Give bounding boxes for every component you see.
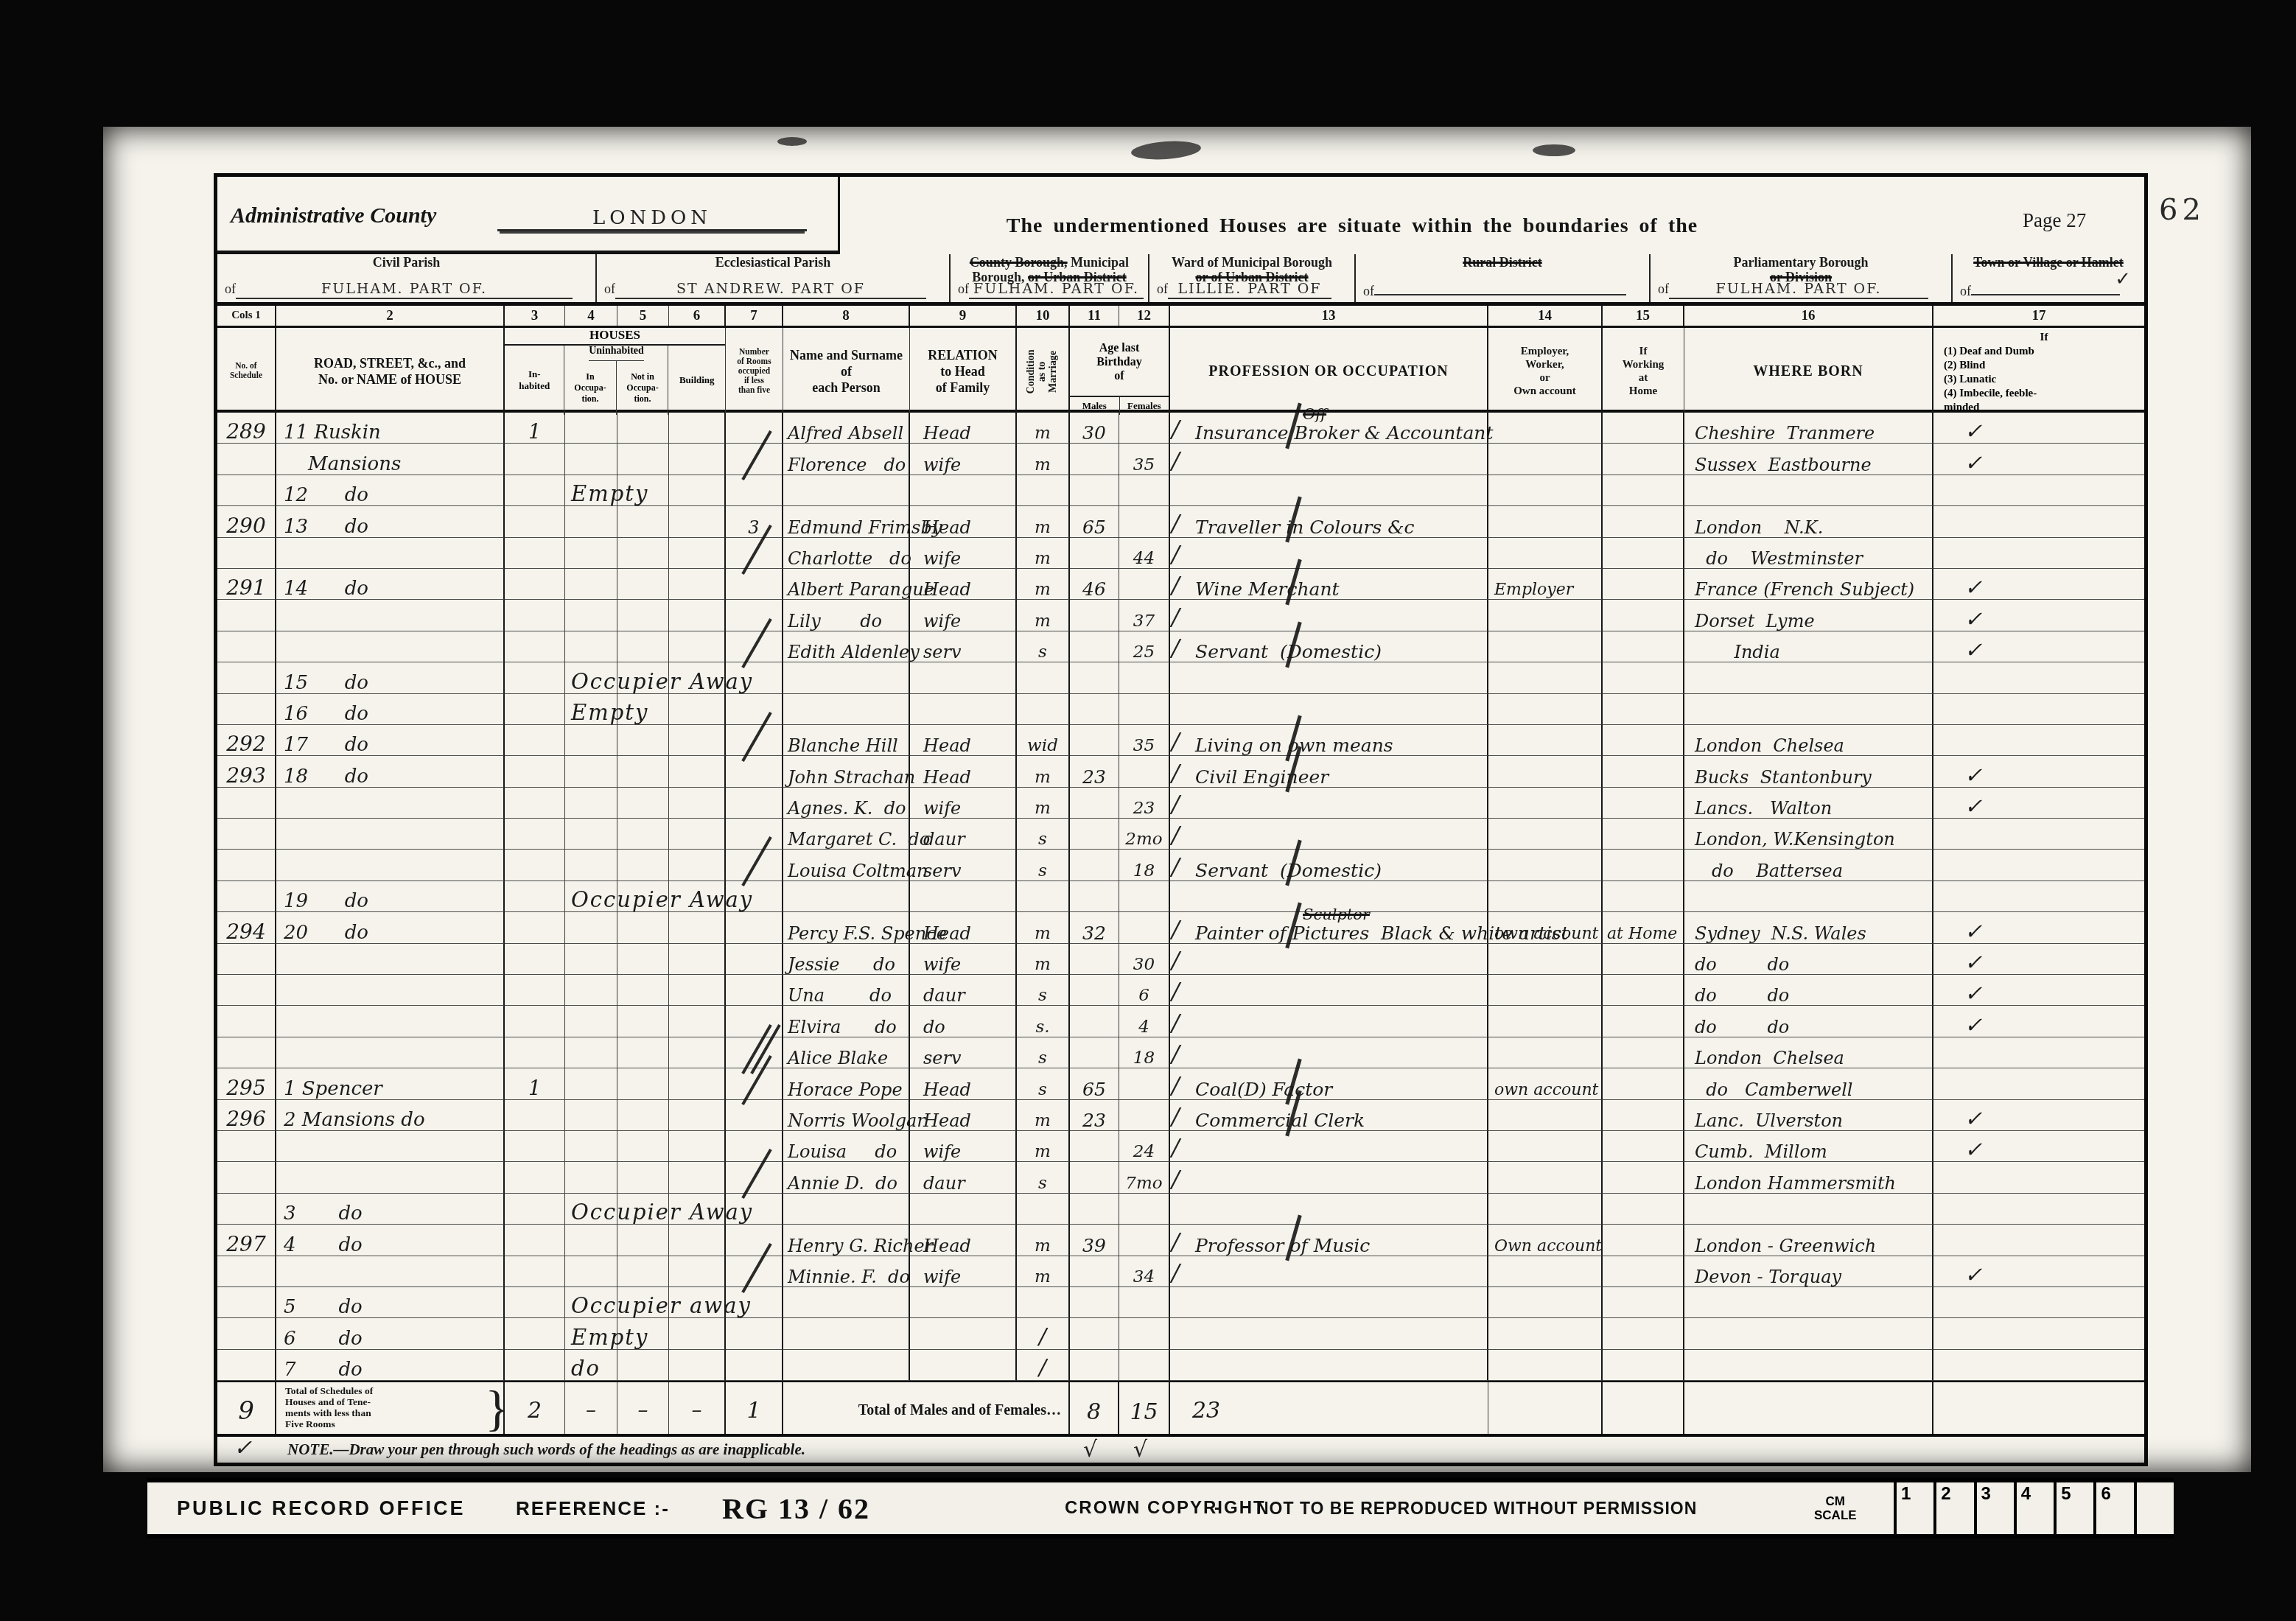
column-number-14: 14 <box>1488 306 1603 326</box>
parish-of-line: of <box>1363 284 1640 299</box>
reference-number: RG 13 / 62 <box>722 1491 870 1526</box>
document-paper: 62 Administrative County London The unde… <box>103 127 2251 1472</box>
uninhabited-note: Occupier Away <box>565 662 617 693</box>
uninhabited-not-occ <box>617 1006 669 1037</box>
occupation-value: Painter of Pictures Black & white artist <box>1195 924 1569 942</box>
uninhabited-not-occ <box>617 1037 669 1068</box>
inhabited-mark: 1 <box>505 413 565 444</box>
table-row-15: Louisa Coltmanservs18/Servant (Domestic)… <box>217 850 2144 880</box>
address <box>276 1006 505 1037</box>
uninhabited-note <box>565 506 617 537</box>
rooms-count <box>726 413 783 444</box>
marital-condition: s <box>1017 1037 1070 1068</box>
of-word: of <box>1363 284 1374 298</box>
column-header-band: No. of ScheduleROAD, STREET, &c., and No… <box>217 328 2144 413</box>
age-female: 34 <box>1119 1256 1170 1287</box>
person-name-value: Albert Parangue <box>788 581 934 598</box>
header-profession: PROFESSION OR OCCUPATION <box>1170 328 1488 415</box>
occupation-correction: Off <box>1303 405 1326 423</box>
infirmity-check: ✓ <box>1933 975 2144 1006</box>
infirmity-check <box>1933 1162 2144 1193</box>
page-title: The undermentioned Houses are situate wi… <box>873 214 1831 238</box>
address-value: 6 do <box>284 1329 363 1348</box>
marital-condition-value: m <box>1017 1269 1068 1286</box>
working-at-home <box>1603 1131 1684 1162</box>
table-row-16: 19 doOccupier Away <box>217 881 2144 912</box>
of-word: of <box>1960 284 1971 298</box>
uninhabited-not-occ <box>617 944 669 975</box>
birthplace-value: France (French Subject) <box>1695 581 1914 598</box>
uninhabited-note-value: Empty <box>571 702 648 724</box>
infirmity-check: ✓ <box>1933 1006 2144 1037</box>
marital-condition <box>1017 662 1070 693</box>
marital-condition: m <box>1017 538 1070 569</box>
employer-status <box>1488 788 1603 819</box>
person-name-value: Blanche Hill <box>788 737 898 755</box>
parish-of-line: ofLillie. Part of <box>1157 281 1345 299</box>
schedule-number <box>217 1131 276 1162</box>
relation: wife <box>910 944 1017 975</box>
birthplace: do do <box>1684 944 1933 975</box>
relation-value: wife <box>923 456 961 474</box>
infirmity-check: ✓ <box>1933 444 2144 475</box>
parish-label-line: Town or Village or Hamlet <box>1953 255 2144 270</box>
uninhabited-not-occ <box>617 444 669 475</box>
age-female-value: 18 <box>1119 863 1169 880</box>
age-male <box>1070 662 1119 693</box>
uninhabited-note-value: Occupier Away <box>571 1202 753 1223</box>
occupation <box>1170 1350 1488 1381</box>
address-value: 5 do <box>284 1298 363 1317</box>
parish-label-line: County Borough, Municipal <box>951 255 1148 270</box>
uninhabited-not-occ <box>617 1162 669 1193</box>
infirmity-check-value: ✓ <box>1964 640 1982 661</box>
age-female-value: 24 <box>1119 1144 1169 1160</box>
relation <box>910 475 1017 506</box>
parish-label: Civil Parish <box>217 255 595 270</box>
age-female-value: 18 <box>1119 1050 1169 1067</box>
inhabited-mark <box>505 694 565 725</box>
building-mark <box>669 1100 726 1131</box>
uninhabited-note <box>565 1037 617 1068</box>
marital-condition-value: wid <box>1017 738 1068 755</box>
employer-status <box>1488 600 1603 631</box>
age-male <box>1070 1194 1119 1225</box>
building-mark <box>669 1037 726 1068</box>
age-female: 6 <box>1119 975 1170 1006</box>
header-age-group: Age last Birthday ofMalesFemales <box>1070 328 1170 415</box>
person-name: Charlotte do <box>783 538 910 569</box>
occupation-value: Professor of Music <box>1195 1236 1370 1255</box>
schedule-number: 290 <box>217 506 276 537</box>
parish-label-text: Ward of Municipal Borough <box>1172 255 1332 270</box>
marital-condition-value: s <box>1017 987 1068 1004</box>
marital-condition-value: m <box>1017 769 1068 786</box>
totals-age-female: 15 <box>1119 1382 1170 1434</box>
relation-value: Head <box>923 1081 971 1099</box>
employer-status <box>1488 850 1603 880</box>
marital-condition <box>1017 694 1070 725</box>
infirmity-check: ✓ <box>1933 569 2144 600</box>
relation: Head <box>910 1100 1017 1131</box>
birthplace: do Westminster <box>1684 538 1933 569</box>
occupation: / <box>1170 1131 1488 1162</box>
occupation-value: Servant (Domestic) <box>1195 861 1382 880</box>
rooms-count <box>726 1225 783 1256</box>
address <box>276 1256 505 1287</box>
of-word: of <box>604 281 615 296</box>
address <box>276 975 505 1006</box>
birthplace-value: London - Greenwich <box>1695 1237 1876 1255</box>
age-male <box>1070 444 1119 475</box>
marital-condition-value: m <box>1017 550 1068 567</box>
pen-tick: / <box>1172 821 1180 849</box>
inhabited-mark <box>505 1225 565 1256</box>
address-value: 11 Ruskin <box>284 423 381 442</box>
birthplace-value: London, W.Kensington <box>1695 830 1895 848</box>
person-name: Norris Woolgar <box>783 1100 910 1131</box>
infirmity-check <box>1933 506 2144 537</box>
age-female-value: 2mo <box>1119 831 1169 848</box>
parish-label-line: Civil Parish <box>217 255 595 270</box>
infirmity-check-value: ✓ <box>1964 1108 1982 1130</box>
relation-value: Head <box>923 769 971 786</box>
address: 14 do <box>276 569 505 600</box>
schedule-number: 292 <box>217 725 276 756</box>
schedule-number <box>217 662 276 693</box>
age-female: 35 <box>1119 444 1170 475</box>
age-female-value: 25 <box>1119 644 1169 661</box>
working-at-home <box>1603 506 1684 537</box>
totals-occupation: 23 <box>1170 1382 1488 1434</box>
marital-condition: m <box>1017 1100 1070 1131</box>
person-name-value: John Strachan <box>788 769 915 786</box>
schedule-number <box>217 475 276 506</box>
rooms-count <box>726 819 783 850</box>
age-male <box>1070 944 1119 975</box>
employer-status <box>1488 475 1603 506</box>
birthplace: do do <box>1684 1006 1933 1037</box>
uninhabited-not-occ <box>617 788 669 819</box>
scan-smudge <box>777 137 807 146</box>
age-male-value: 23 <box>1070 768 1119 786</box>
person-name: Lily do <box>783 600 910 631</box>
address-value: 17 do <box>284 735 368 755</box>
working-at-home <box>1603 600 1684 631</box>
relation: Head <box>910 725 1017 756</box>
rooms-count <box>726 912 783 943</box>
inhabited-mark-value: 1 <box>505 422 564 442</box>
person-name: Una do <box>783 975 910 1006</box>
inhabited-mark <box>505 600 565 631</box>
address <box>276 1131 505 1162</box>
infirmity-check: ✓ <box>1933 631 2144 662</box>
birthplace <box>1684 1318 1933 1349</box>
parish-label-text: County Borough, <box>970 255 1068 270</box>
relation: wife <box>910 538 1017 569</box>
rooms-count <box>726 944 783 975</box>
parish-value: Fulham. Part of. <box>969 281 1144 299</box>
working-at-home <box>1603 1162 1684 1193</box>
birthplace-value: Cheshire Tranmere <box>1695 424 1875 442</box>
totals-value: – <box>669 1400 724 1421</box>
person-name: Edith Aldenley <box>783 631 910 662</box>
age-male <box>1070 538 1119 569</box>
birthplace <box>1684 662 1933 693</box>
marital-condition: s <box>1017 850 1070 880</box>
uninhabited-not-occ <box>617 725 669 756</box>
inhabited-mark <box>505 725 565 756</box>
marital-condition-value: s <box>1017 863 1068 880</box>
person-name-value: Louisa do <box>788 1143 897 1160</box>
marital-condition: s <box>1017 1068 1070 1099</box>
column-number-band: Cols 1234567891011121314151617 <box>217 306 2144 328</box>
marital-condition-value: m <box>1017 800 1068 817</box>
age-male <box>1070 788 1119 819</box>
relation-value: do <box>923 1018 945 1036</box>
pen-tick: / <box>1172 415 1180 443</box>
building-mark <box>669 1318 726 1349</box>
relation: serv <box>910 1037 1017 1068</box>
birthplace: Sydney N.S. Wales <box>1684 912 1933 943</box>
inhabited-mark <box>505 819 565 850</box>
address: 2 Mansions do <box>276 1100 505 1131</box>
marital-condition-value: m <box>1017 1144 1068 1160</box>
birthplace-value: London N.K. <box>1695 519 1823 536</box>
person-name-value: Alice Blake <box>788 1049 888 1067</box>
schedule-number <box>217 788 276 819</box>
person-name: Percy F.S. Spence <box>783 912 910 943</box>
parish-label: County Borough, MunicipalBorough, or Urb… <box>951 255 1148 284</box>
address-value: 7 do <box>284 1360 363 1379</box>
birthplace: Sussex Eastbourne <box>1684 444 1933 475</box>
working-at-home <box>1603 944 1684 975</box>
person-name: Annie D. do <box>783 1162 910 1193</box>
schedule-number-value: 297 <box>217 1234 275 1255</box>
uninhabited-note-value: Occupier Away <box>571 671 753 693</box>
scale-box-6: 6 <box>2093 1482 2133 1534</box>
schedule-number-value: 291 <box>217 578 275 598</box>
age-female <box>1119 881 1170 912</box>
relation <box>910 1318 1017 1349</box>
parish-value <box>1374 293 1626 295</box>
uninhabited-not-occ <box>617 975 669 1006</box>
occupation: / <box>1170 1256 1488 1287</box>
relation-value: wife <box>923 956 961 973</box>
employer-status <box>1488 975 1603 1006</box>
birthplace: Cheshire Tranmere <box>1684 413 1933 444</box>
inhabited-mark <box>505 631 565 662</box>
address <box>276 944 505 975</box>
employer-status <box>1488 1100 1603 1131</box>
occupation: /Servant (Domestic) <box>1170 631 1488 662</box>
infirmity-check <box>1933 725 2144 756</box>
birthplace-value: London Hammersmith <box>1695 1174 1896 1192</box>
schedule-number-value: 296 <box>217 1109 275 1130</box>
relation: Head <box>910 756 1017 787</box>
address: 11 Ruskin <box>276 413 505 444</box>
address-value: 12 do <box>284 486 368 505</box>
scale-number: 2 <box>1941 1484 1950 1505</box>
birthplace-value: London Chelsea <box>1695 1049 1844 1067</box>
relation-value: wife <box>923 612 961 630</box>
parish-header-band: Civil ParishofFulham. Part of.Ecclesiast… <box>217 254 2144 306</box>
schedule-number <box>217 694 276 725</box>
person-name-value: Norris Woolgar <box>788 1112 925 1130</box>
schedule-number <box>217 1256 276 1287</box>
employer-status <box>1488 1162 1603 1193</box>
header-in-occupation: In Occupa- tion. <box>564 361 617 415</box>
address <box>276 631 505 662</box>
header-infirmity: If(1) Deaf and Dumb (2) Blind (3) Lunati… <box>1933 328 2144 415</box>
parish-of-line: ofFulham. Part of. <box>225 281 587 299</box>
relation-value: serv <box>923 643 962 661</box>
occupation: /Living on own means <box>1170 725 1488 756</box>
occupation: /Professor of Music <box>1170 1225 1488 1256</box>
age-male-value: 30 <box>1070 424 1119 442</box>
relation: wife <box>910 788 1017 819</box>
occupation: / <box>1170 788 1488 819</box>
person-name-value: Horace Pope <box>788 1081 903 1099</box>
table-row-2: MansionsFlorence dowifem35/Sussex Eastbo… <box>217 444 2144 475</box>
column-number-2: 2 <box>276 306 505 326</box>
occupation-value: Commercial Clerk <box>1195 1111 1365 1130</box>
employer-status <box>1488 413 1603 444</box>
uninhabited-not-occ <box>617 1100 669 1131</box>
uninhabited-note: do <box>565 1350 617 1381</box>
uninhabited-note <box>565 975 617 1006</box>
birthplace-value: London Chelsea <box>1695 737 1844 755</box>
age-female: 25 <box>1119 631 1170 662</box>
employer-status <box>1488 1037 1603 1068</box>
parish-section-3: Ward of Municipal Boroughor of Urban Dis… <box>1149 254 1356 302</box>
parish-label-text: Parliamentary Borough <box>1733 255 1868 270</box>
inhabited-mark <box>505 1194 565 1225</box>
uninhabited-not-occ <box>617 506 669 537</box>
occupation-value: Civil Engineer <box>1195 768 1329 786</box>
relation <box>910 1287 1017 1318</box>
rooms-count <box>726 1350 783 1381</box>
table-row-28: Minnie. F. dowifem34/Devon - Torquay✓ <box>217 1256 2144 1287</box>
address-value: 4 do <box>284 1236 363 1255</box>
age-female-value: 4 <box>1119 1019 1169 1036</box>
occupation: / <box>1170 600 1488 631</box>
rooms-count <box>726 1256 783 1287</box>
schedule-number <box>217 538 276 569</box>
infirmity-check <box>1933 850 2144 880</box>
marital-condition: m <box>1017 413 1070 444</box>
column-number-9: 9 <box>910 306 1017 326</box>
parish-value: Fulham. Part of. <box>236 281 573 299</box>
person-name: Edmund Frimsby <box>783 506 910 537</box>
inhabited-mark <box>505 1287 565 1318</box>
building-mark <box>669 694 726 725</box>
address-value: 19 do <box>284 892 368 911</box>
uninhabited-note <box>565 1100 617 1131</box>
address-value: 18 do <box>284 767 368 786</box>
rooms-count <box>726 725 783 756</box>
person-name-value: Agnes. K. do <box>788 799 906 817</box>
working-at-home <box>1603 819 1684 850</box>
rooms-count <box>726 538 783 569</box>
schedule-number-value: 289 <box>217 421 275 442</box>
infirmity-check-value: ✓ <box>1964 983 1982 1004</box>
rooms-count <box>726 569 783 600</box>
column-number-13: 13 <box>1170 306 1488 326</box>
scale-box-4: 4 <box>2014 1482 2054 1534</box>
footnote-text: NOTE.—Draw your pen through such words o… <box>287 1440 805 1459</box>
age-female: 2mo <box>1119 819 1170 850</box>
building-mark <box>669 506 726 537</box>
parish-section-5: Parliamentary Boroughor DivisionofFulham… <box>1651 254 1953 302</box>
table-row-6: 29114 doAlbert ParangueHeadm46/Wine Merc… <box>217 569 2144 600</box>
rooms-count-value: 3 <box>726 519 782 536</box>
working-at-home-value: at Home <box>1607 926 1677 942</box>
header-not-in-occupation: Not in Occupa- tion. <box>617 361 668 415</box>
address-value: 14 do <box>284 579 368 598</box>
relation-value: wife <box>923 550 961 567</box>
working-at-home <box>1603 444 1684 475</box>
working-at-home <box>1603 631 1684 662</box>
building-mark <box>669 1350 726 1381</box>
uninhabited-note: Occupier away <box>565 1287 617 1318</box>
schedule-number <box>217 1037 276 1068</box>
scale-number: 3 <box>1981 1484 1991 1505</box>
age-male <box>1070 1162 1119 1193</box>
inhabited-mark <box>505 1256 565 1287</box>
infirmity-check <box>1933 1318 2144 1349</box>
table-row-30: 6 doEmpty/ <box>217 1318 2144 1349</box>
building-mark <box>669 819 726 850</box>
header-schedule: No. of Schedule <box>217 328 276 415</box>
relation <box>910 694 1017 725</box>
marital-condition <box>1017 1287 1070 1318</box>
person-name: Alfred Absell <box>783 413 910 444</box>
parish-section-4: Rural Districtof <box>1356 254 1651 302</box>
pen-tick: / <box>1172 540 1180 568</box>
rooms-count <box>726 850 783 880</box>
marital-condition: s <box>1017 631 1070 662</box>
relation: serv <box>910 631 1017 662</box>
table-row-31: 7 dodo/ <box>217 1350 2144 1381</box>
age-female: 24 <box>1119 1131 1170 1162</box>
working-at-home <box>1603 413 1684 444</box>
totals-employer-status <box>1488 1382 1603 1434</box>
address <box>276 600 505 631</box>
uninhabited-note-value: Occupier Away <box>571 889 753 911</box>
occupation-correction: Sculptor <box>1303 906 1370 923</box>
uninhabited-note <box>565 1162 617 1193</box>
employer-status <box>1488 538 1603 569</box>
age-female-value: 6 <box>1119 987 1169 1004</box>
uninhabited-note: Empty <box>565 1318 617 1349</box>
header-road-street: ROAD, STREET, &c., and No. or NAME of HO… <box>276 328 505 415</box>
uninhabited-note <box>565 1131 617 1162</box>
parish-section-2: County Borough, MunicipalBorough, or Urb… <box>951 254 1149 302</box>
occupation-value: Servant (Domestic) <box>1195 643 1382 661</box>
uninhabited-not-occ <box>617 1256 669 1287</box>
birthplace: London Chelsea <box>1684 725 1933 756</box>
age-female <box>1119 662 1170 693</box>
person-name-value: Minnie. F. do <box>788 1268 910 1286</box>
uninhabited-note: Occupier Away <box>565 1194 617 1225</box>
parish-label: Ward of Municipal Boroughor of Urban Dis… <box>1149 255 1354 284</box>
person-name-value: Annie D. do <box>788 1174 897 1192</box>
person-name: John Strachan <box>783 756 910 787</box>
birthplace <box>1684 694 1933 725</box>
scale-box-empty <box>2134 1482 2174 1534</box>
person-name-value: Charlotte do <box>788 550 911 567</box>
